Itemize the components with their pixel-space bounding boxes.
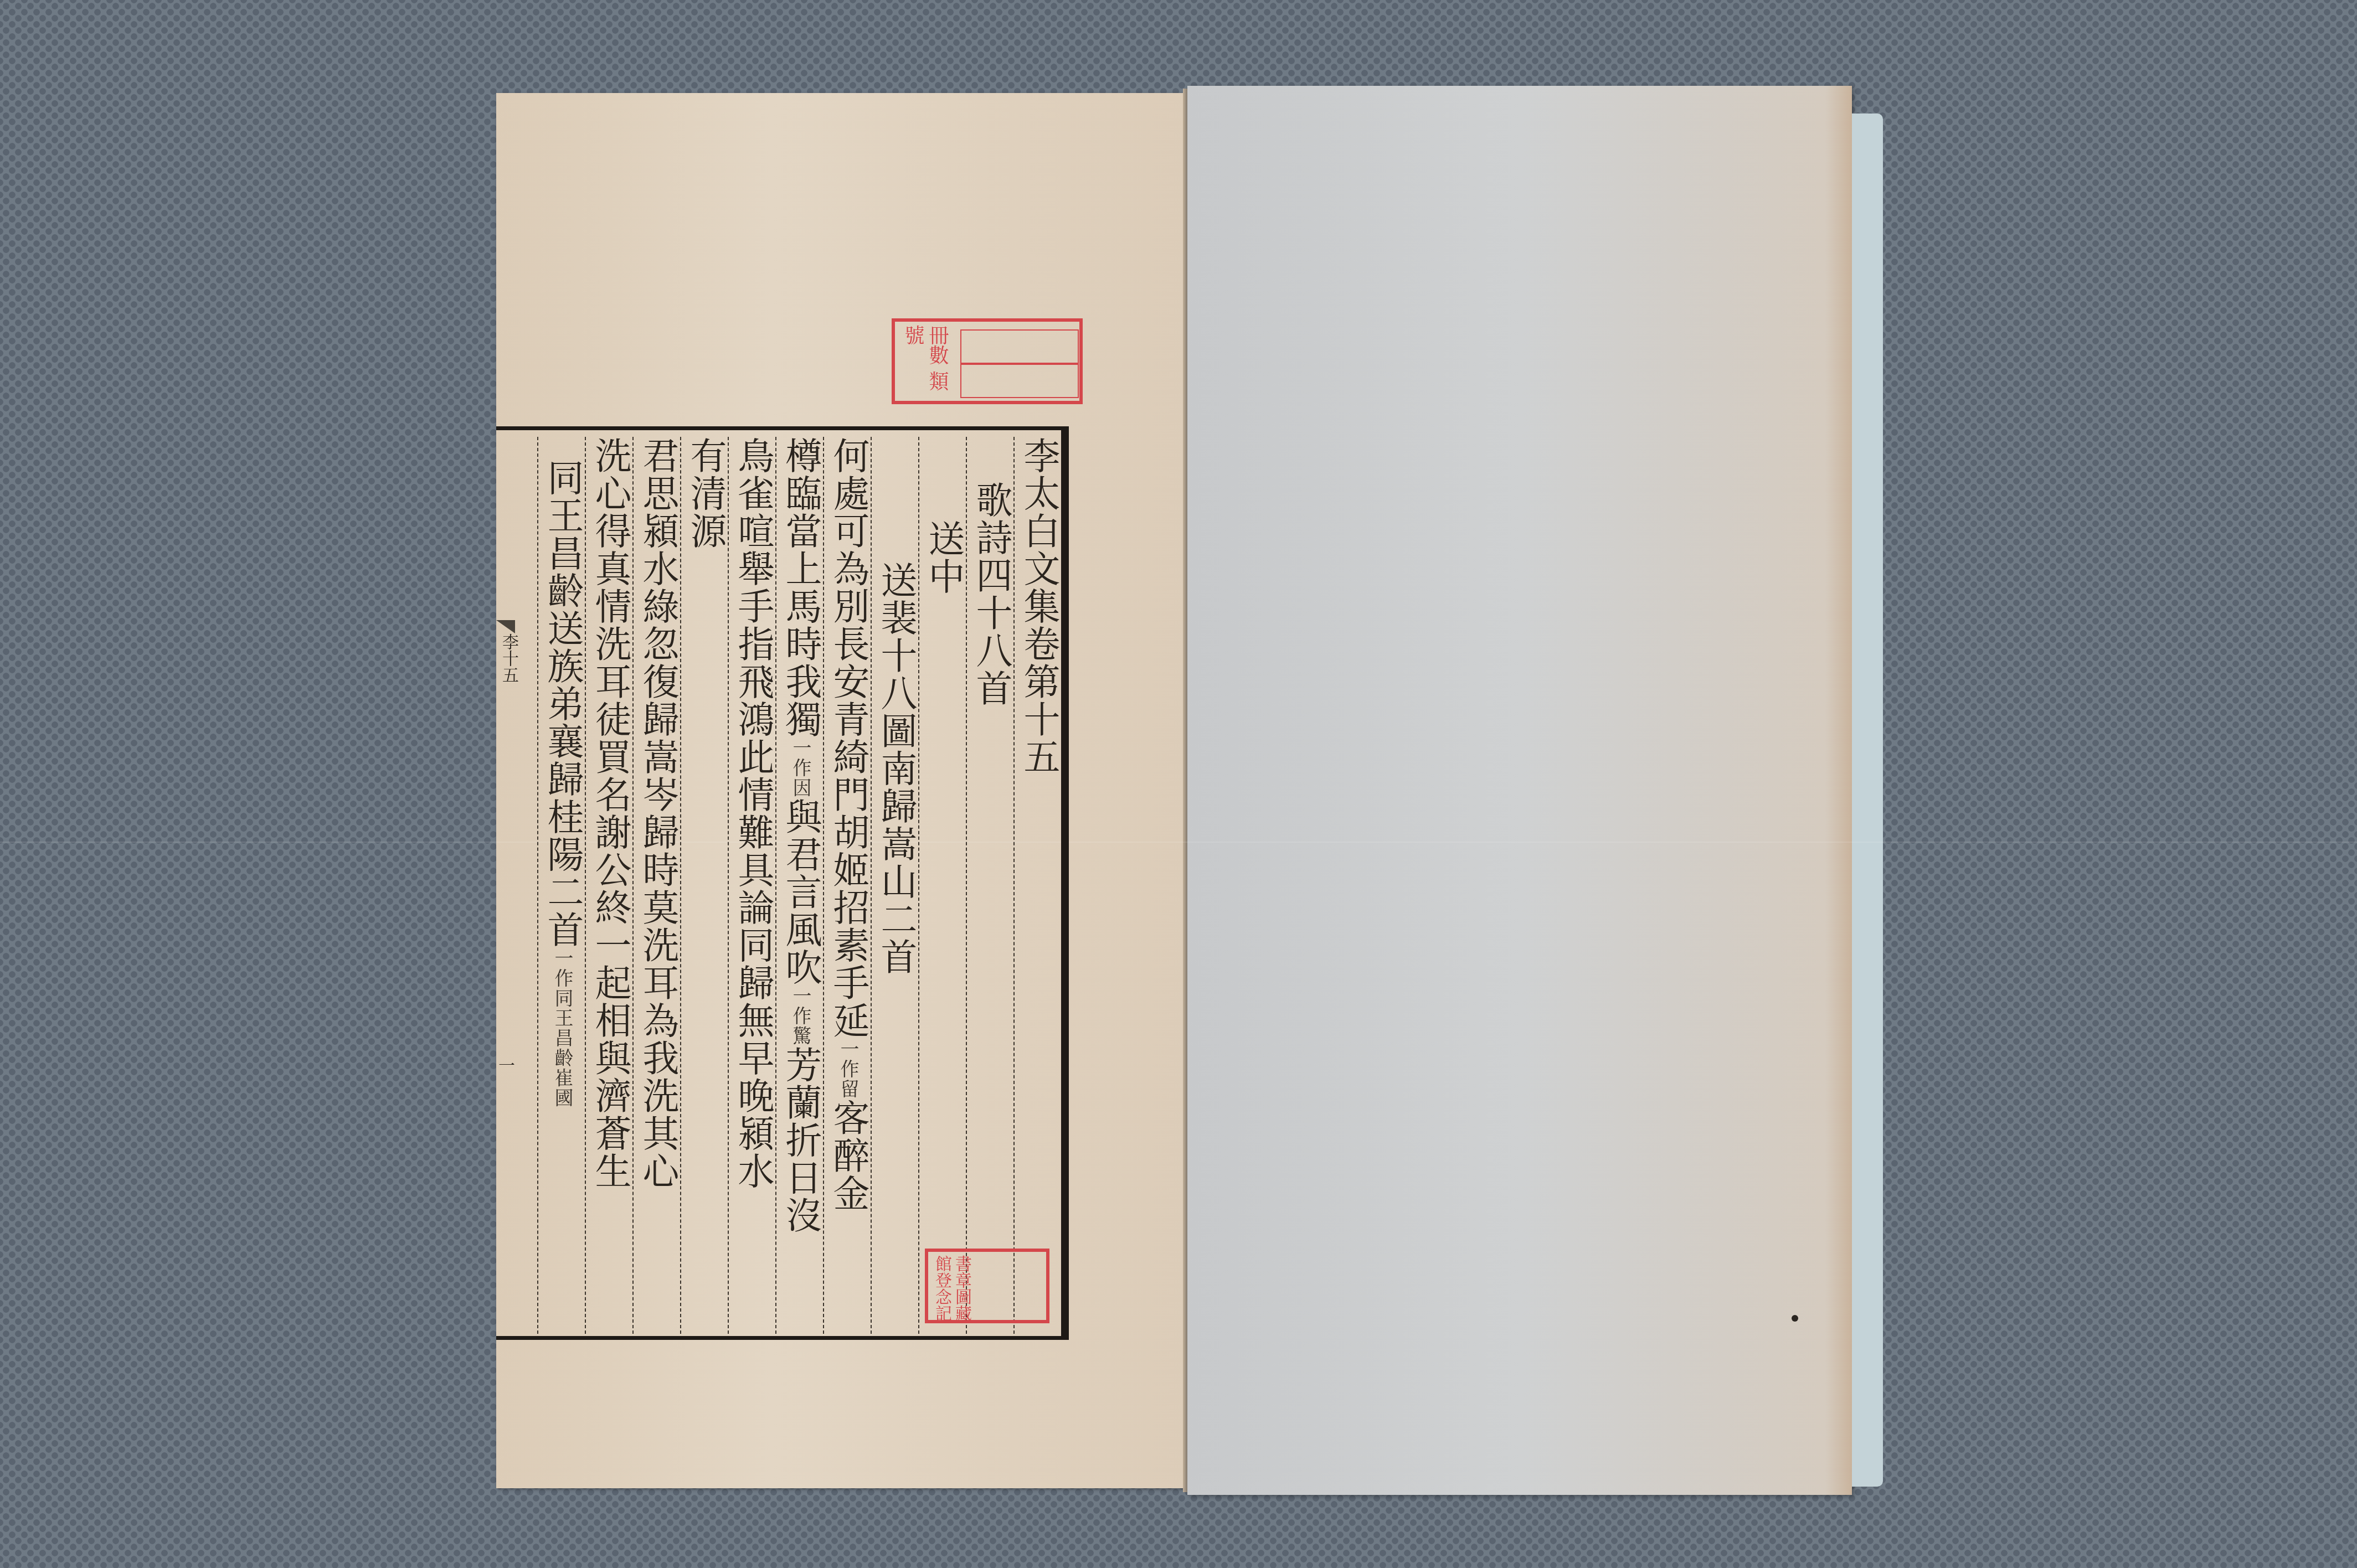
poem-title: 同王昌齡送族弟襄歸桂陽二首一作同王昌齡崔國 xyxy=(538,437,586,1108)
text-column: 何處可為別長安青綺門胡姬招素手延一作留客醉金 xyxy=(823,437,871,1334)
poem-line: 有清源 xyxy=(681,437,729,550)
fish-tail-icon xyxy=(496,620,515,633)
text-column: 同王昌齡送族弟襄歸桂陽二首一作同王昌齡崔國 xyxy=(537,437,585,1334)
book-title: 李太白文集卷第十五 xyxy=(1015,437,1062,776)
ink-spot xyxy=(1792,1315,1798,1322)
variant-note: 一作同王昌齡崔國 xyxy=(551,948,573,1108)
catalog-seal-stamp: 冊數 類號 xyxy=(892,318,1083,404)
variant-note: 一作因 xyxy=(789,738,811,798)
text-column: 有清源 xyxy=(680,437,728,1334)
printed-text-frame: 李太白文集卷第十五 歌詩四十八首 送中 送裴十八圖南歸嵩山二首 何處可為別長安青… xyxy=(496,426,1069,1340)
seal-label: 冊數 類號 xyxy=(900,325,949,397)
edge-label: 李十五 xyxy=(496,633,521,683)
text-column: 樽臨當上馬時我獨一作因與君言風吹一作驚芳蘭折日沒 xyxy=(775,437,823,1334)
seal-field-box xyxy=(960,364,1079,398)
poem-line: 何處可為別長安青綺門胡姬招素手延一作留客醉金 xyxy=(824,437,872,1212)
poem-line: 樽臨當上馬時我獨一作因與君言風吹一作驚芳蘭折日沒 xyxy=(776,437,824,1234)
category-heading: 送中 xyxy=(919,437,967,595)
poem-title: 送裴十八圖南歸嵩山二首 xyxy=(872,437,919,976)
seal-field-box xyxy=(960,329,1079,364)
text-column: 君思潁水綠忽復歸嵩岑歸時莫洗耳為我洗其心 xyxy=(632,437,680,1334)
library-seal-stamp: 書章圖藏館登念記 xyxy=(925,1249,1049,1323)
seal-text: 書章圖藏館登念記 xyxy=(928,1252,975,1325)
leaf-number: 一 xyxy=(498,1052,515,1076)
poem-line: 鳥雀喧舉手指飛鴻此情難具論同歸無早晚潁水 xyxy=(729,437,776,1190)
poem-line: 君思潁水綠忽復歸嵩岑歸時莫洗耳為我洗其心 xyxy=(634,437,681,1190)
fish-tail-edge-marker: 李十五 xyxy=(496,620,515,731)
right-page-blank xyxy=(1187,86,1852,1495)
photo-stitch-seam xyxy=(0,842,2357,843)
text-column: 送裴十八圖南歸嵩山二首 xyxy=(871,437,918,1334)
text-column: 送中 xyxy=(918,437,966,1334)
text-column: 洗心得真情洗耳徒買名謝公終一起相與濟蒼生 xyxy=(585,437,632,1334)
blue-book-cover-edge xyxy=(1852,114,1883,1487)
text-column-title: 李太白文集卷第十五 xyxy=(1013,437,1061,1334)
poem-line: 洗心得真情洗耳徒買名謝公終一起相與濟蒼生 xyxy=(586,437,634,1190)
variant-note: 一作留 xyxy=(837,1039,859,1099)
section-heading: 歌詩四十八首 xyxy=(967,437,1015,707)
text-column: 歌詩四十八首 xyxy=(966,437,1013,1334)
text-column: 鳥雀喧舉手指飛鴻此情難具論同歸無早晚潁水 xyxy=(728,437,775,1334)
variant-note: 一作驚 xyxy=(789,986,811,1046)
